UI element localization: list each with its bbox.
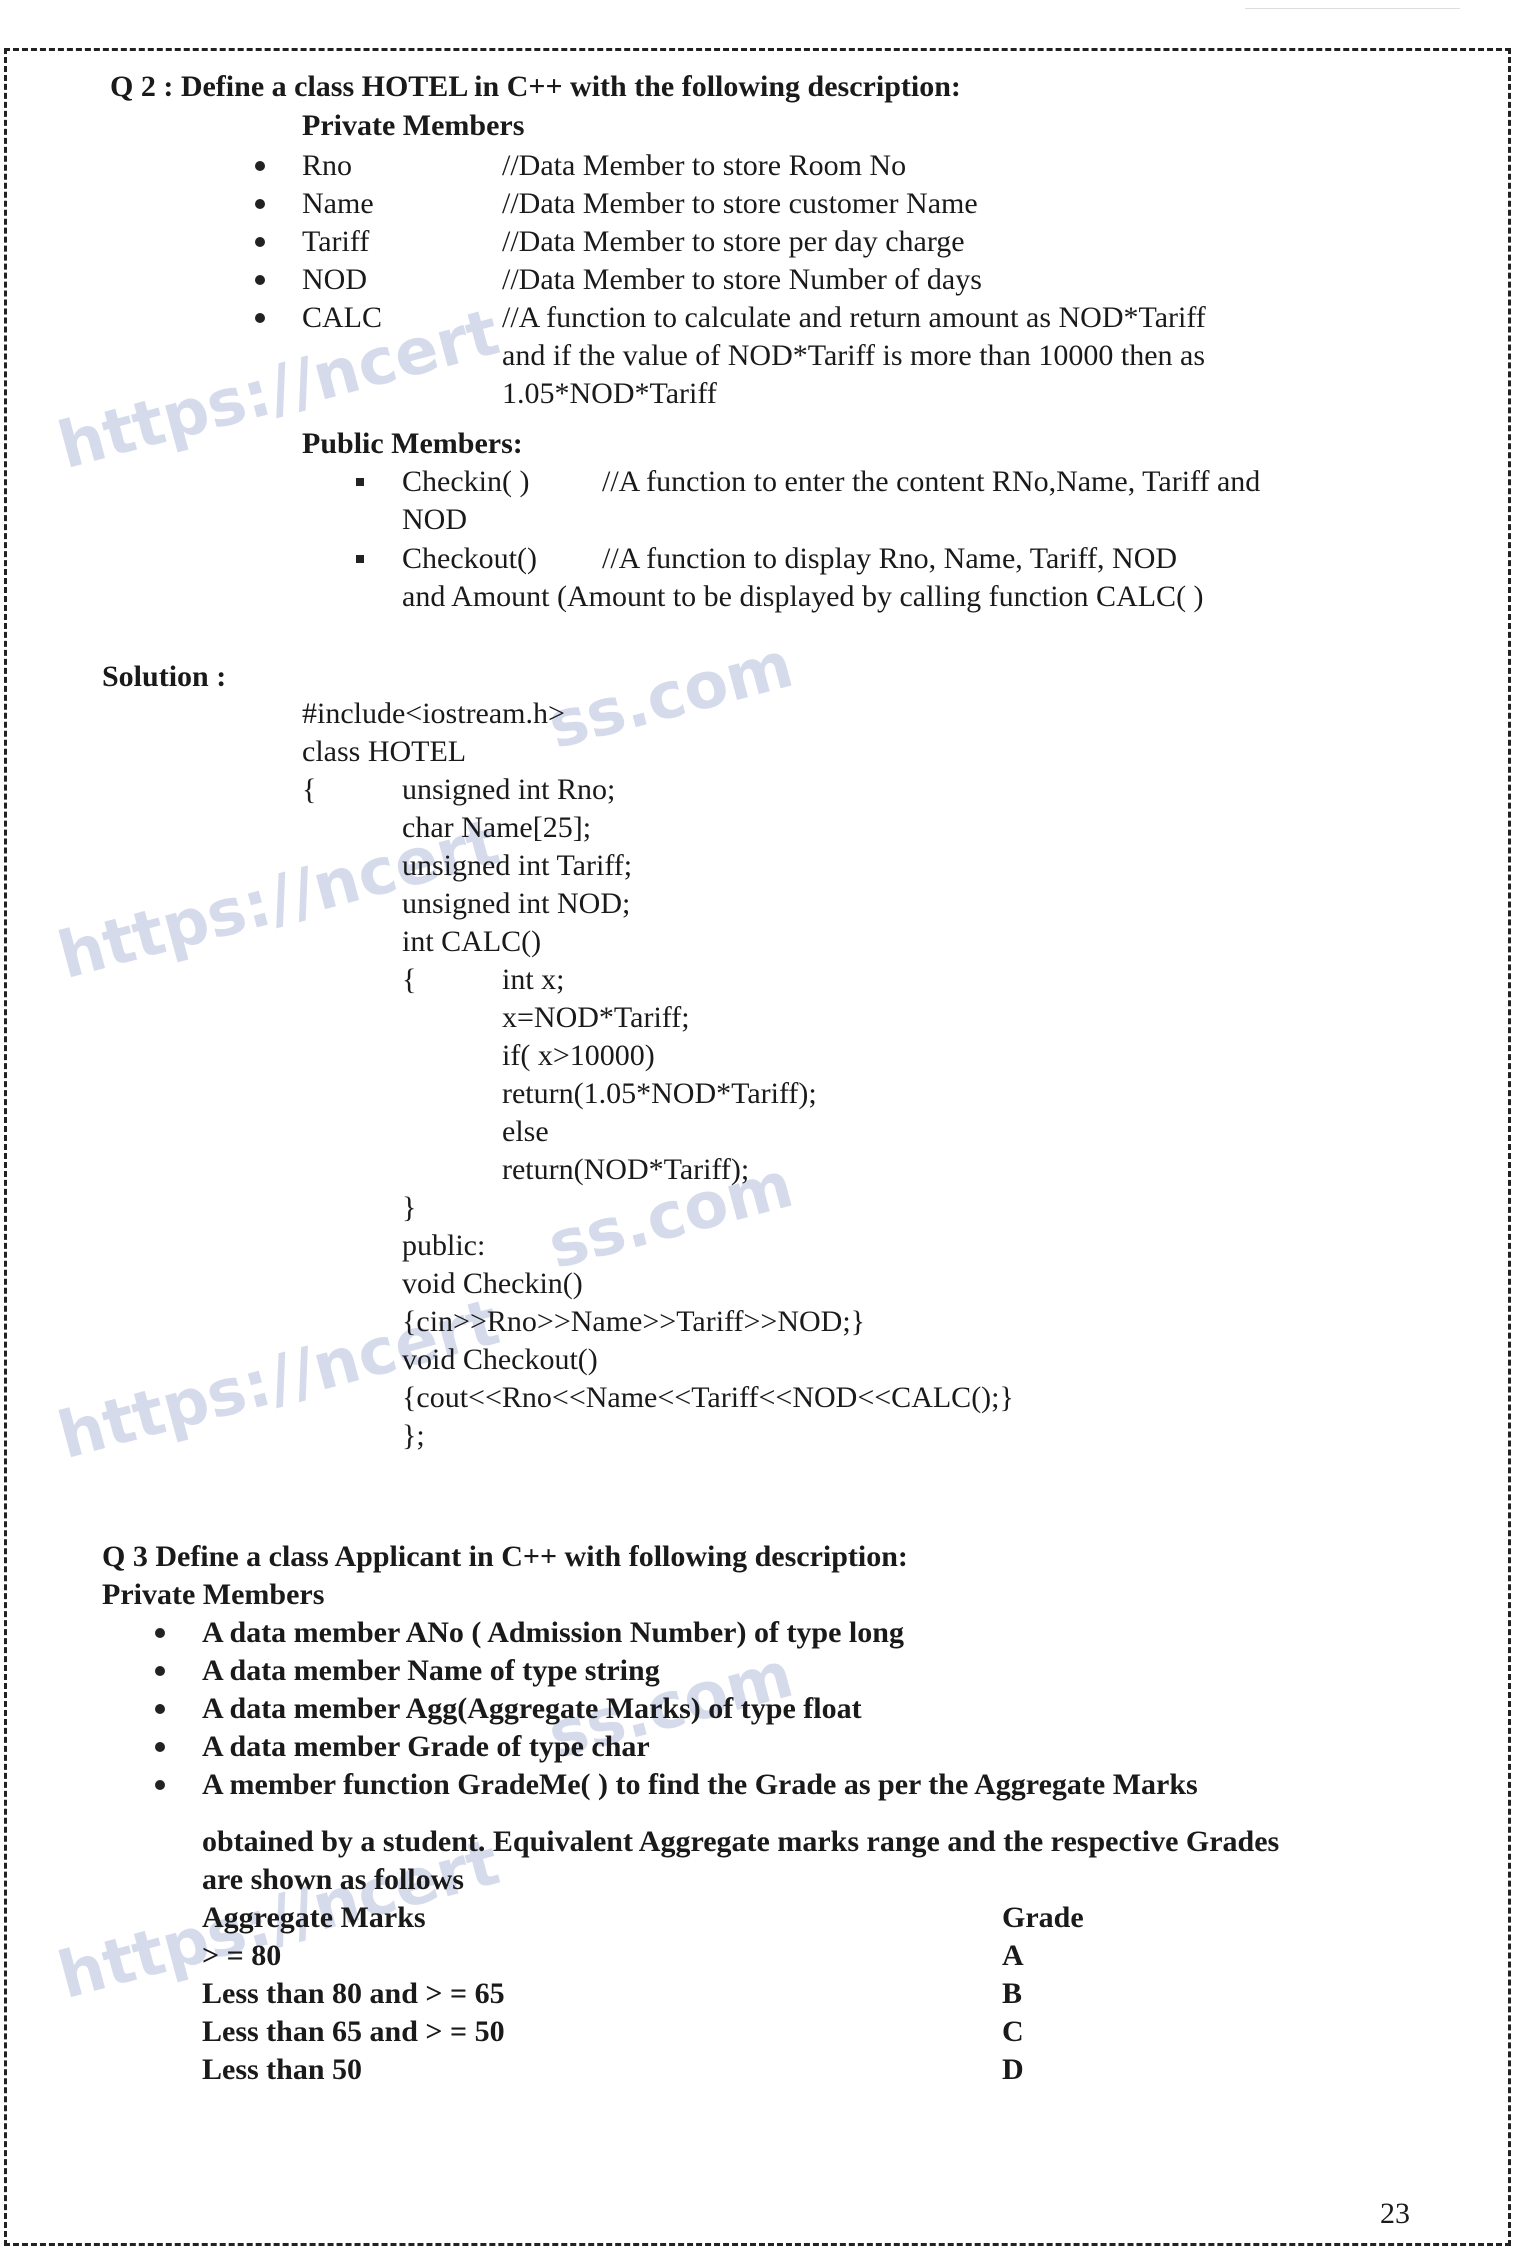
bullet-icon — [155, 1704, 165, 1714]
code-line: }; — [402, 1417, 425, 1455]
table-cell: D — [1002, 2051, 1024, 2089]
code-line: unsigned int Tariff; — [402, 847, 632, 885]
public-member-desc: and Amount (Amount to be displayed by ca… — [402, 578, 1204, 616]
table-cell: B — [1002, 1975, 1022, 2013]
code-line: { — [402, 961, 416, 999]
code-line: void Checkout() — [402, 1341, 598, 1379]
private-member-desc: //Data Member to store customer Name — [502, 185, 978, 223]
code-line: public: — [402, 1227, 485, 1265]
solution-label: Solution : — [102, 658, 226, 696]
q3-item: A member function GradeMe( ) to find the… — [202, 1766, 1198, 1804]
page-number: 23 — [1380, 2197, 1410, 2231]
code-line: {cout<<Rno<<Name<<Tariff<<NOD<<CALC();} — [402, 1379, 1014, 1417]
code-line: #include<iostream.h> — [302, 695, 565, 733]
private-member-name: Rno — [302, 147, 352, 185]
q3-item-cont: are shown as follows — [202, 1861, 464, 1899]
code-line: class HOTEL — [302, 733, 466, 771]
code-line: { — [302, 771, 316, 809]
bullet-icon — [155, 1628, 165, 1638]
top-edge-mark — [1245, 2, 1460, 9]
bullet-icon — [255, 199, 265, 209]
code-line: unsigned int NOD; — [402, 885, 630, 923]
code-line: {cin>>Rno>>Name>>Tariff>>NOD;} — [402, 1303, 865, 1341]
code-line: else — [502, 1113, 549, 1151]
code-line: int x; — [502, 961, 565, 999]
q3-item: A data member Grade of type char — [202, 1728, 650, 1766]
private-member-desc: and if the value of NOD*Tariff is more t… — [502, 337, 1205, 375]
table-cell: A — [1002, 1937, 1024, 1975]
bullet-icon — [155, 1742, 165, 1752]
private-member-name: NOD — [302, 261, 367, 299]
table-cell: C — [1002, 2013, 1024, 2051]
bullet-icon — [155, 1666, 165, 1676]
table-cell: Less than 80 and > = 65 — [202, 1975, 505, 2013]
q3-item: A data member Name of type string — [202, 1652, 660, 1690]
code-line: void Checkin() — [402, 1265, 583, 1303]
bullet-icon — [255, 161, 265, 171]
table-cell: > = 80 — [202, 1937, 281, 1975]
private-member-desc: //Data Member to store per day charge — [502, 223, 965, 261]
q3-item: A data member Agg(Aggregate Marks) of ty… — [202, 1690, 862, 1728]
q2-private-heading: Private Members — [302, 107, 524, 145]
private-member-desc: //A function to calculate and return amo… — [502, 299, 1206, 337]
code-line: return(NOD*Tariff); — [502, 1151, 749, 1189]
q3-item: A data member ANo ( Admission Number) of… — [202, 1614, 904, 1652]
private-member-desc: 1.05*NOD*Tariff — [502, 375, 717, 413]
public-member-desc: NOD — [402, 501, 467, 539]
q2-public-heading: Public Members: — [302, 425, 523, 463]
table-header: Aggregate Marks — [202, 1899, 426, 1937]
code-line: if( x>10000) — [502, 1037, 655, 1075]
table-header: Grade — [1002, 1899, 1084, 1937]
private-member-name: CALC — [302, 299, 382, 337]
bullet-icon — [155, 1780, 165, 1790]
private-member-name: Name — [302, 185, 374, 223]
code-line: } — [402, 1189, 416, 1227]
q2-title: Q 2 : Define a class HOTEL in C++ with t… — [110, 68, 961, 106]
bullet-icon — [255, 313, 265, 323]
public-member-name: Checkin( ) — [402, 463, 529, 501]
q3-private-heading: Private Members — [102, 1576, 324, 1614]
q3-title: Q 3 Define a class Applicant in C++ with… — [102, 1538, 908, 1576]
code-line: int CALC() — [402, 923, 541, 961]
code-line: char Name[25]; — [402, 809, 591, 847]
square-bullet-icon — [356, 555, 364, 563]
public-member-desc: //A function to enter the content RNo,Na… — [602, 463, 1260, 501]
code-line: unsigned int Rno; — [402, 771, 615, 809]
q3-item-cont: obtained by a student. Equivalent Aggreg… — [202, 1823, 1279, 1861]
public-member-desc: //A function to display Rno, Name, Tarif… — [602, 540, 1177, 578]
public-member-name: Checkout() — [402, 540, 537, 578]
private-member-name: Tariff — [302, 223, 369, 261]
private-member-desc: //Data Member to store Room No — [502, 147, 906, 185]
code-line: x=NOD*Tariff; — [502, 999, 690, 1037]
bullet-icon — [255, 275, 265, 285]
square-bullet-icon — [356, 478, 364, 486]
code-line: return(1.05*NOD*Tariff); — [502, 1075, 817, 1113]
table-cell: Less than 50 — [202, 2051, 362, 2089]
private-member-desc: //Data Member to store Number of days — [502, 261, 982, 299]
table-cell: Less than 65 and > = 50 — [202, 2013, 505, 2051]
bullet-icon — [255, 237, 265, 247]
